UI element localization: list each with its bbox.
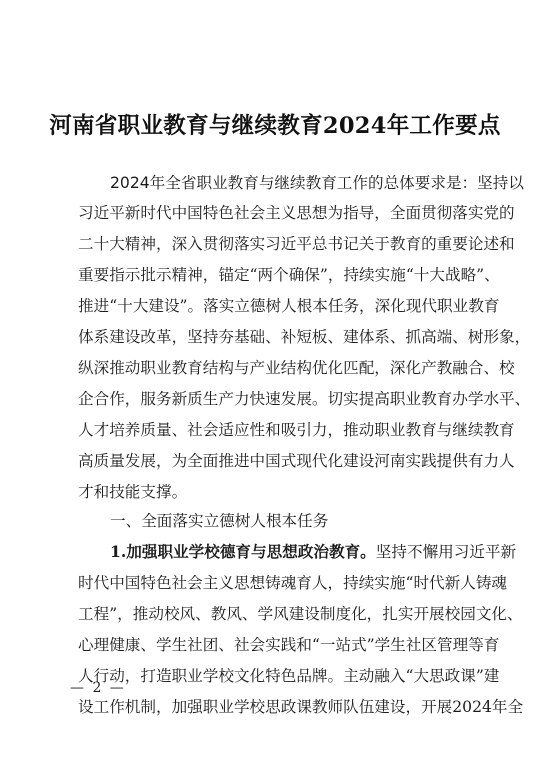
item-1-line-6: 设工作机制，加强职业学校思政课教师队伍建设，开展2024年全: [78, 692, 476, 722]
intro-line-1: 2024年全省职业教育与继续教育工作的总体要求是：坚持以: [110, 168, 476, 198]
intro-lead: 2024年全省职业教育与继续教育工作的总体要求是：: [110, 174, 477, 192]
item-1-line-3: 工程”，推动校风、教风、学风建设制度化，扎实开展校园文化、: [78, 599, 476, 629]
item-1-line-5: 人行动，打造职业学校文化特色品牌。主动融入“大思政课”建: [78, 661, 476, 691]
item-1-line-1: 1.加强职业学校德育与思想政治教育。坚持不懈用习近平新: [110, 537, 476, 567]
document-page: 河南省职业教育与继续教育2024年工作要点 2024年全省职业教育与继续教育工作…: [0, 0, 550, 777]
page-number: — 2 —: [70, 680, 126, 696]
intro-line-10: 高质量发展，为全面推进中国式现代化建设河南实践提供有力人: [78, 446, 476, 476]
intro-line-8: 企合作，服务新质生产力快速发展。切实提高职业教育办学水平、: [78, 384, 476, 414]
section-1-heading: 一、全面落实立德树人根本任务: [110, 506, 476, 536]
intro-line-11: 才和技能支撑。: [78, 477, 476, 507]
item-1-line-1-text: 坚持不懈用习近平新: [376, 543, 516, 561]
document-title: 河南省职业教育与继续教育2024年工作要点: [0, 108, 550, 140]
intro-line-6: 体系建设改革，坚持夯基础、补短板、建体系、抓高端、树形象，: [78, 322, 476, 352]
intro-line-3: 二十大精神，深入贯彻落实习近平总书记关于教育的重要论述和: [78, 229, 476, 259]
intro-line-9: 人才培养质量、社会适应性和吸引力，推动职业教育与继续教育: [78, 415, 476, 445]
intro-line-1-text: 坚持以: [477, 174, 524, 192]
item-1-title: 1.加强职业学校德育与思想政治教育。: [110, 542, 376, 561]
item-1-line-2: 时代中国特色社会主义思想铸魂育人，持续实施“时代新人铸魂: [78, 568, 476, 598]
item-1-line-4: 心理健康、学生社团、社会实践和“一站式”学生社区管理等育: [78, 630, 476, 660]
intro-line-2: 习近平新时代中国特色社会主义思想为指导，全面贯彻落实党的: [78, 198, 476, 228]
intro-line-7: 纵深推动职业教育结构与产业结构优化匹配，深化产教融合、校: [78, 353, 476, 383]
intro-line-4: 重要指示批示精神，锚定“两个确保”，持续实施“十大战略”、: [78, 260, 476, 290]
intro-line-5: 推进“十大建设”。落实立德树人根本任务，深化现代职业教育: [78, 291, 476, 321]
